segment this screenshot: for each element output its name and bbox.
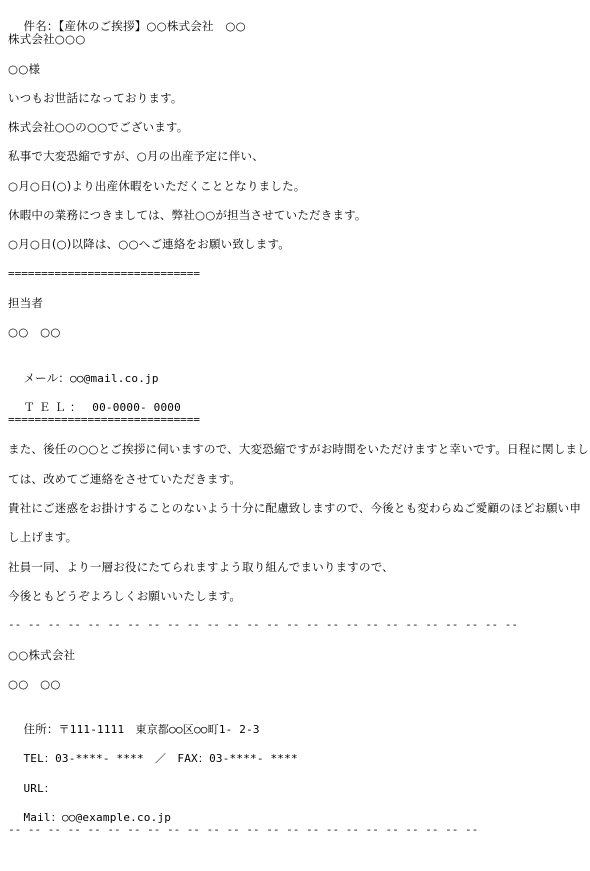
subject-line: 件名：【産休のご挨拶】○○株式会社 ○○ — [8, 2, 588, 31]
closing-line: ては、改めてご連絡をさせていただきます。 — [8, 471, 588, 500]
closing-line: し上げます。 — [8, 529, 588, 558]
body-line: ○月○日(○)以降は、○○へご連絡をお願い致します。 — [8, 236, 588, 265]
contact-mail-label: メール： — [23, 371, 70, 385]
self-introduction: 株式会社○○の○○でございます。 — [8, 119, 588, 148]
body-line: ○月○日(○)より出産休暇をいただくこととなりました。 — [8, 178, 588, 207]
signature-url: URL： — [8, 764, 588, 793]
signature-tel-label: TEL： — [23, 752, 55, 765]
body-line: 休暇中の業務につきましては、弊社○○が担当させていただきます。 — [8, 207, 588, 236]
signature-name: ○○ ○○ — [8, 676, 588, 705]
separator-dash-bottom: -- -- -- -- -- -- -- -- -- -- -- -- -- -… — [8, 822, 588, 851]
closing-line: 今後ともどうぞよろしくお願いいたします。 — [8, 588, 588, 617]
closing-line: また、後任の○○とご挨拶に伺いますので、大変恐縮ですがお時間をいただけますと幸い… — [8, 441, 588, 470]
contact-tel: ＴＥＬ： 00-0000- 0000 — [8, 383, 588, 412]
signature-fax-value: 03-****- **** — [209, 752, 298, 765]
recipient-name: ○○様 — [8, 61, 588, 90]
closing-line: 社員一同、より一層お役にたてられますよう取り組んでまいりますので、 — [8, 559, 588, 588]
separator-dash-top: -- -- -- -- -- -- -- -- -- -- -- -- -- -… — [8, 617, 588, 646]
email-document: 件名：【産休のご挨拶】○○株式会社 ○○ 株式会社○○○ ○○様 いつもお世話に… — [8, 2, 588, 852]
signature-tel-value: 03-****- **** ／ — [55, 752, 177, 765]
signature-fax-label: FAX： — [177, 752, 209, 765]
signature-company: ○○株式会社 — [8, 647, 588, 676]
signature-mail: Mail：○○@example.co.jp — [8, 793, 588, 822]
closing-line: 貴社にご迷惑をお掛けすることのないよう十分に配慮致しますので、今後とも変わらぬご… — [8, 500, 588, 529]
signature-address-label: 住所： — [23, 722, 58, 736]
subject-text: 【産休のご挨拶】○○株式会社 ○○ — [59, 19, 246, 33]
contact-mail: メール：○○@mail.co.jp — [8, 354, 588, 383]
signature-url-label: URL： — [23, 782, 55, 795]
contact-heading: 担当者 — [8, 295, 588, 324]
contact-name: ○○ ○○ — [8, 324, 588, 353]
signature-tel-fax: TEL：03-****- **** ／ FAX：03-****- **** — [8, 734, 588, 763]
contact-mail-value: ○○@mail.co.jp — [70, 372, 159, 385]
greeting: いつもお世話になっております。 — [8, 90, 588, 119]
signature-address-value: 〒111-1111 東京都○○区○○町1- 2-3 — [59, 723, 260, 736]
recipient-company: 株式会社○○○ — [8, 31, 588, 60]
separator-equals-bottom: ============================= — [8, 412, 588, 441]
separator-equals-top: ============================= — [8, 266, 588, 295]
body-line: 私事で大変恐縮ですが、○月の出産予定に伴い、 — [8, 148, 588, 177]
signature-address: 住所：〒111-1111 東京都○○区○○町1- 2-3 — [8, 705, 588, 734]
